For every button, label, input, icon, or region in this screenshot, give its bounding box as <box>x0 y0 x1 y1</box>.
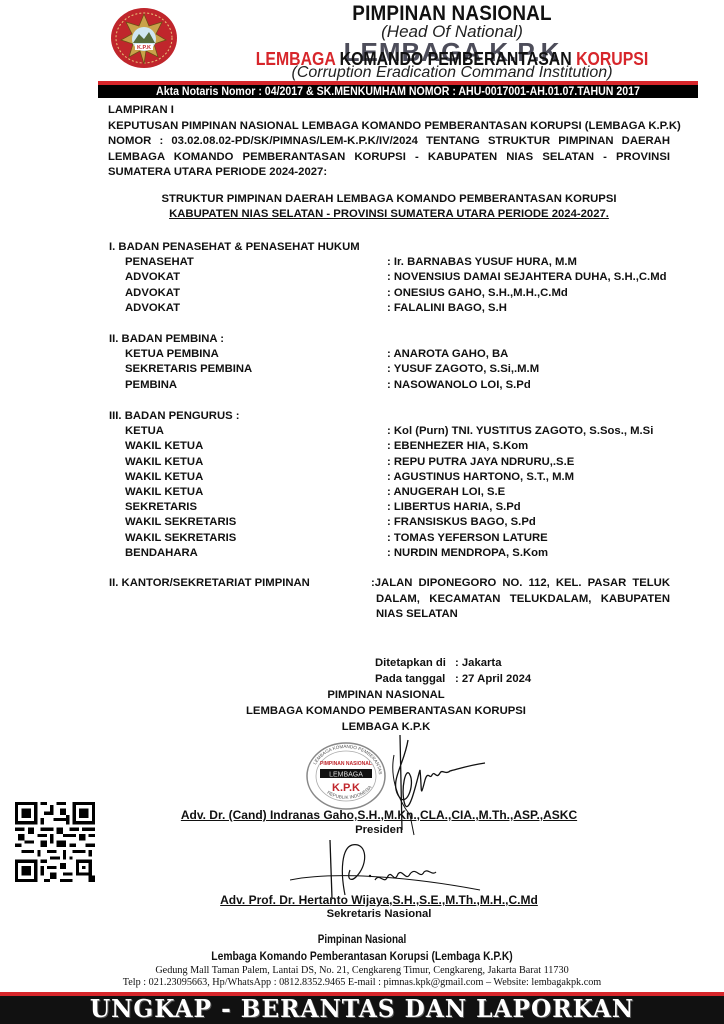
letterhead-legal-band: Akta Notaris Nomor : 04/2017 & SK.MENKUM… <box>98 81 698 98</box>
date-value: : 27 April 2024 <box>455 673 531 685</box>
member-name: : NOVENSIUS DAMAI SEJAHTERA DUHA, S.H.,C… <box>387 271 667 283</box>
member-name: : AGUSTINUS HARTONO, S.T., M.M <box>387 471 574 483</box>
signer-1-name: Adv. Dr. (Cand) Indranas Gaho,S.H.,M.Kn.… <box>98 808 660 822</box>
role-label: KETUA <box>125 425 164 437</box>
place-value: : Jakarta <box>455 657 501 669</box>
signing-org-1: PIMPINAN NASIONAL <box>105 689 667 701</box>
office-address: :JALAN DIPONEGORO NO. 112, KEL. PASAR TE… <box>371 577 670 624</box>
role-label: PEMBINA <box>125 379 177 391</box>
member-name: : FRANSISKUS BAGO, S.Pd <box>387 516 536 528</box>
svg-text:LEMBAGA: LEMBAGA <box>329 772 363 779</box>
role-label: BENDAHARA <box>125 547 198 559</box>
svg-text:K.P.K: K.P.K <box>332 782 360 794</box>
role-label: SEKRETARIS PEMBINA <box>125 363 252 375</box>
footer-line-2: Lembaga Komando Pemberantasan Korupsi (L… <box>51 949 674 963</box>
role-label: ADVOKAT <box>125 271 180 283</box>
member-name: : Ir. BARNABAS YUSUF HURA, M.M <box>387 256 577 268</box>
role-label: WAKIL KETUA <box>125 440 203 452</box>
role-label: SEKRETARIS <box>125 501 197 513</box>
member-name: : ANUGERAH LOI, S.E <box>387 486 505 498</box>
section-heading: I. BADAN PENASEHAT & PENASEHAT HUKUM <box>109 241 360 253</box>
signing-org-3: LEMBAGA K.P.K <box>105 721 667 733</box>
role-label: WAKIL KETUA <box>125 486 203 498</box>
role-label: PENASEHAT <box>125 256 194 268</box>
intro-line-4: SUMATERA UTARA PERIODE 2024-2027: <box>108 165 670 181</box>
intro-line-1: KEPUTUSAN PIMPINAN NASIONAL LEMBAGA KOMA… <box>108 119 670 135</box>
intro-line-2: NOMOR : 03.02.08.02-PD/SK/PIMNAS/LEM-K.P… <box>108 134 670 150</box>
footer-address: Gedung Mall Taman Palem, Lantai DS, No. … <box>0 965 724 976</box>
place-label: Ditetapkan di <box>375 657 446 669</box>
qr-code-icon[interactable] <box>15 802 95 882</box>
section-heading: II. BADAN PEMBINA : <box>109 333 224 345</box>
role-label: ADVOKAT <box>125 287 180 299</box>
office-heading: II. KANTOR/SEKRETARIAT PIMPINAN <box>109 577 310 589</box>
intro-line-3: LEMBAGA KOMANDO PEMBERANTASAN KORUPSI - … <box>108 150 670 166</box>
role-label: WAKIL SEKRETARIS <box>125 532 236 544</box>
member-name: : EBENHEZER HIA, S.Kom <box>387 440 528 452</box>
structure-title-2: KABUPATEN NIAS SELATAN - PROVINSI SUMATE… <box>108 208 670 220</box>
slogan-text: UNGKAP - BERANTAS DAN LAPORKAN <box>11 992 713 1024</box>
section-heading: III. BADAN PENGURUS : <box>109 410 240 422</box>
member-name: : ONESIUS GAHO, S.H.,M.H.,C.Md <box>387 287 568 299</box>
structure-title-1: STRUKTUR PIMPINAN DAERAH LEMBAGA KOMANDO… <box>108 193 670 205</box>
member-name: : FALALINI BAGO, S.H <box>387 302 507 314</box>
svg-text:PIMPINAN NASIONAL: PIMPINAN NASIONAL <box>320 761 372 767</box>
role-label: WAKIL KETUA <box>125 471 203 483</box>
date-label: Pada tanggal <box>375 673 445 685</box>
member-name: : NASOWANOLO LOI, S.Pd <box>387 379 531 391</box>
member-name: : TOMAS YEFERSON LATURE <box>387 532 548 544</box>
secretary-signature-icon <box>290 840 490 900</box>
role-label: ADVOKAT <box>125 302 180 314</box>
svg-text:K.P.K: K.P.K <box>137 45 151 51</box>
role-label: WAKIL SEKRETARIS <box>125 516 236 528</box>
member-name: : NURDIN MENDROPA, S.Kom <box>387 547 548 559</box>
office-address-line-1: :JALAN DIPONEGORO NO. 112, KEL. PASAR TE… <box>371 577 670 593</box>
legal-band-text: Akta Notaris Nomor : 04/2017 & SK.MENKUM… <box>122 81 674 101</box>
office-address-line-3: NIAS SELATAN <box>371 608 670 624</box>
member-name: : Kol (Purn) TNI. YUSTITUS ZAGOTO, S.Sos… <box>387 425 653 437</box>
role-label: KETUA PEMBINA <box>125 348 219 360</box>
signing-org-2: LEMBAGA KOMANDO PEMBERANTASAN KORUPSI <box>105 705 667 717</box>
signer-2-name: Adv. Prof. Dr. Hertanto Wijaya,S.H.,S.E.… <box>98 893 660 907</box>
decree-intro: LAMPIRAN I KEPUTUSAN PIMPINAN NASIONAL L… <box>108 103 670 181</box>
member-name: : LIBERTUS HARIA, S.Pd <box>387 501 521 513</box>
letterhead-english-name: (Corruption Eradication Command Institut… <box>180 64 724 82</box>
lampiran-label: LAMPIRAN I <box>108 103 670 119</box>
office-address-line-2: DALAM, KECAMATAN TELUKDALAM, KABUPATEN <box>371 593 670 609</box>
member-name: : YUSUF ZAGOTO, S.Si,.M.M <box>387 363 539 375</box>
footer-contact: Telp : 021.23095663, Hp/WhatsApp : 0812.… <box>0 977 724 988</box>
signer-1-title: Presiden <box>98 824 660 836</box>
member-name: : REPU PUTRA JAYA NDRURU,.S.E <box>387 456 574 468</box>
kpk-emblem-icon: K.P.K <box>108 6 180 70</box>
role-label: WAKIL KETUA <box>125 456 203 468</box>
slogan-band: UNGKAP - BERANTAS DAN LAPORKAN <box>0 992 724 1024</box>
signer-2-title: Sekretaris Nasional <box>98 908 660 920</box>
member-name: : ANAROTA GAHO, BA <box>387 348 508 360</box>
footer-line-1: Pimpinan Nasional <box>51 934 674 946</box>
